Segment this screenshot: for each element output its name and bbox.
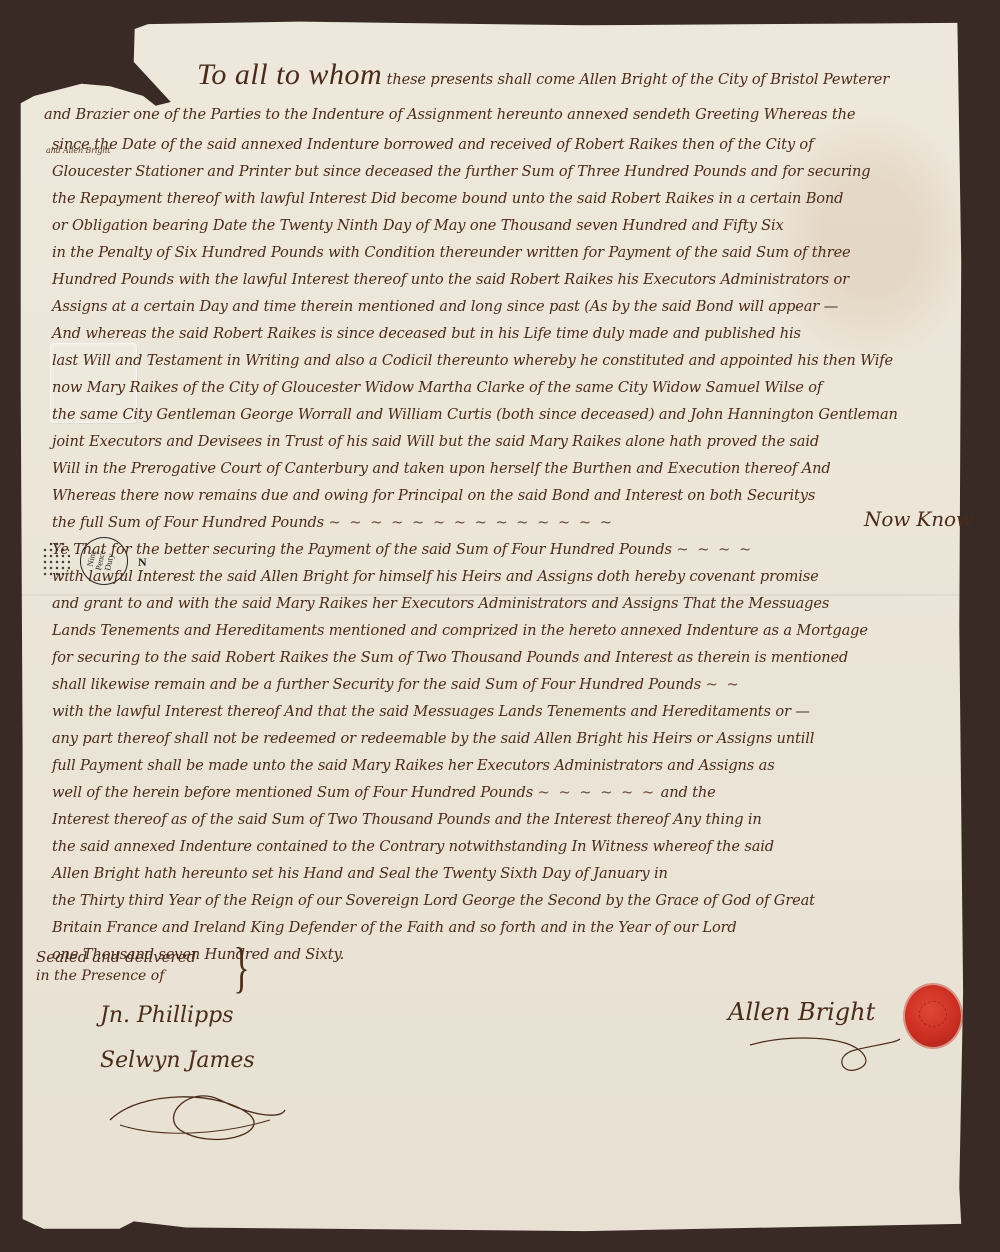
deed-line: since the Date of the said annexed Inden… (52, 132, 813, 158)
deed-line: Hundred Pounds with the lawful Interest … (52, 267, 849, 293)
deed-line: with the lawful Interest thereof And tha… (52, 699, 810, 725)
witness-signature-phillipps: Jn. Phillipps (100, 1003, 234, 1028)
deed-line: Interest thereof as of the said Sum of T… (52, 807, 762, 833)
line-filler: ~ ~ ~ ~ (676, 541, 753, 558)
deed-line: Gloucester Stationer and Printer but sin… (52, 159, 870, 185)
deed-line: Britain France and Ireland King Defender… (52, 915, 737, 941)
deed-line: last Will and Testament in Writing and a… (52, 348, 893, 374)
signatory-flourish (745, 1025, 905, 1075)
deed-line: the Thirty third Year of the Reign of ou… (52, 888, 815, 914)
deed-line-text: the full Sum of Four Hundred Pounds (52, 514, 324, 531)
deed-line: and Brazier one of the Parties to the In… (44, 102, 855, 128)
deed-line: now Mary Raikes of the City of Glouceste… (52, 375, 822, 401)
witness-signature-james: Selwyn James (100, 1048, 255, 1073)
deed-line: any part thereof shall not be redeemed o… (52, 726, 814, 752)
line-filler: ~ ~ (706, 676, 741, 693)
deed-line: shall likewise remain and be a further S… (52, 672, 741, 698)
deed-line: And whereas the said Robert Raikes is si… (52, 321, 801, 347)
signatory-signature: Allen Bright (728, 998, 875, 1026)
deed-line: the Repayment thereof with lawful Intere… (52, 186, 843, 212)
line-filler: ~ ~ ~ ~ ~ ~ ~ ~ ~ ~ ~ ~ ~ ~ (329, 514, 615, 531)
deed-line-text: these presents shall come Allen Bright o… (382, 71, 889, 88)
deed-line-text: well of the herein before mentioned Sum … (52, 784, 533, 801)
deed-line: for securing to the said Robert Raikes t… (52, 645, 848, 671)
deed-line: well of the herein before mentioned Sum … (52, 780, 716, 806)
deed-line: the said annexed Indenture contained to … (52, 834, 774, 860)
deed-line: Allen Bright hath hereunto set his Hand … (52, 861, 668, 887)
line-filler: ~ ~ ~ ~ ~ ~ (538, 784, 657, 801)
now-know-phrase: Now Know (864, 506, 973, 532)
deed-line: Will in the Prerogative Court of Canterb… (52, 456, 831, 482)
attestation-presence-of: in the Presence of (36, 968, 164, 984)
deed-line: To all to whom these presents shall come… (197, 62, 889, 88)
deed-line-text: Ye That for the better securing the Paym… (52, 541, 672, 558)
deed-line: Ye That for the better securing the Paym… (52, 537, 753, 563)
deed-line: and grant to and with the said Mary Raik… (52, 591, 829, 617)
deed-line: full Payment shall be made unto the said… (52, 753, 775, 779)
attestation-sealed-delivered: Sealed and delivered (36, 948, 196, 966)
deed-line: joint Executors and Devisees in Trust of… (52, 429, 819, 455)
deed-line-text: and the (661, 784, 716, 801)
deed-line: with lawful Interest the said Allen Brig… (52, 564, 819, 590)
deed-line: the full Sum of Four Hundred Pounds ~ ~ … (52, 510, 614, 536)
deed-line: or Obligation bearing Date the Twenty Ni… (52, 213, 784, 239)
deed-line: the same City Gentleman George Worrall a… (52, 402, 898, 428)
deed-line-text: shall likewise remain and be a further S… (52, 676, 701, 693)
signature-flourish (100, 1080, 290, 1150)
opening-phrase: To all to whom (197, 58, 382, 91)
attestation-brace: } (233, 940, 249, 996)
deed-line: in the Penalty of Six Hundred Pounds wit… (52, 240, 851, 266)
deed-line: Assigns at a certain Day and time therei… (52, 294, 838, 320)
deed-line: Lands Tenements and Hereditaments mentio… (52, 618, 868, 644)
deed-line: Whereas there now remains due and owing … (52, 483, 815, 509)
wax-seal (905, 985, 961, 1047)
